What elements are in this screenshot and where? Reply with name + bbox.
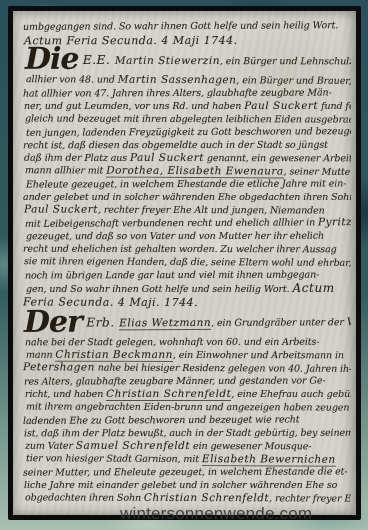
manuscript-line: ist, daß ihm der Platz bewußt, auch in d… xyxy=(23,427,351,441)
text-segment: ist, daß ihm der Platz bewußt, auch in d… xyxy=(24,428,351,440)
text-segment: mann allhier mit xyxy=(25,165,106,176)
manuscript-line: res Alters, glaubhafte zeugbare Männer, … xyxy=(23,374,351,388)
text-segment: res Alters, glaubhafte zeugbare Männer, … xyxy=(24,376,326,388)
text-segment: , ein Grundgräber unter der xyxy=(211,317,347,329)
text-segment: sie mit ihren eigenen Handen, daß die, s… xyxy=(24,256,351,269)
text-segment: Eheleute gezeuget, in welchem Ehestande … xyxy=(26,178,346,190)
manuscript-line: hat allhier von 47. Jahren ihres Alters,… xyxy=(23,86,351,100)
text-segment: , rechter freyer Ehe Alt und jungen, Nie… xyxy=(98,205,325,217)
manuscript-line: zum Vater Samuel Schrenfeldt ein gewesen… xyxy=(23,440,351,454)
text-segment: liche Jahre mit einander gelebet und in … xyxy=(24,480,337,491)
scanned-document: umbgegangen sind. So wahr ihnen Gott hel… xyxy=(0,0,368,530)
manuscript-line: seiner Mutter, und Eheleute gezeuget, in… xyxy=(23,465,351,479)
person-name: Elias Wetzmann xyxy=(119,317,211,330)
manuscript-line: mit Leibeigenschaft verbundenen recht un… xyxy=(23,216,351,231)
text-segment: Erb. xyxy=(82,315,119,329)
manuscript-line: ner, und gut Leumden, vor uns Rd. und ha… xyxy=(23,100,351,113)
text-segment: ander gelebet und in solcher währenden E… xyxy=(23,192,351,203)
text-segment: ladenden Ehe zu Gott beschworen und beze… xyxy=(23,414,300,426)
text-segment: , rechter freyer Ehel. xyxy=(269,493,351,504)
manuscript-page: umbgegangen sind. So wahr ihnen Gott hel… xyxy=(13,11,351,514)
text-segment: gen, und So wahr ihnen Gott helfe und se… xyxy=(26,284,292,295)
text-segment: gezeuget, und daß so von Vater und von M… xyxy=(26,231,324,243)
text-segment: , eine Ehefrau auch gebühret xyxy=(231,389,351,400)
manuscript-line: ander gelebet und in solcher währenden E… xyxy=(23,191,351,204)
manuscript-line: ten jungen, ladenden Freyzügigkeit zu Go… xyxy=(23,125,351,140)
text-segment: ner, und gut Leumden, vor uns Rd. und ha… xyxy=(24,101,244,112)
text-segment: recht und ehelichen ist gehalten worden.… xyxy=(23,244,337,256)
text-segment: richt, und haben xyxy=(25,389,106,400)
text-segment: ten jungen, ladenden Freyzügigkeit zu Go… xyxy=(26,126,351,139)
person-name: Dorothea, Elisabeth Ewenaura xyxy=(106,165,284,179)
text-segment: seiner Mutter, und Eheleute gezeuget, in… xyxy=(23,466,348,478)
text-segment: , ein Bürger und Lehnschulz, der xyxy=(220,56,351,67)
text-segment: Actum xyxy=(292,282,334,295)
text-segment: nahe bei der Stadt gelegen, wohnhaft von… xyxy=(25,337,319,349)
manuscript-line: recht ist, daß diesen das obgemeldte auc… xyxy=(23,139,351,153)
manuscript-line: daß ihm der Platz aus Paul Suckert genan… xyxy=(23,152,351,166)
text-segment: noch im übrigen Lande gar laut und viel … xyxy=(25,270,319,282)
person-name: Christian Beckmann xyxy=(55,349,172,362)
manuscript-line: nahe bei der Stadt gelegen, wohnhaft von… xyxy=(23,336,351,350)
text-segment: mit Leibeigenschaft verbundenen recht un… xyxy=(25,217,318,230)
text-segment: obgedachten ihren Sohn xyxy=(25,492,144,503)
text-segment: recht ist, daß diesen das obgemeldte auc… xyxy=(23,140,328,152)
text-segment: E.E. xyxy=(78,53,114,67)
text-segment: nahe bei hiesiger Residenz gelegen von 4… xyxy=(95,363,351,375)
text-segment: gleich und bezeuget mit ihren abgelegten… xyxy=(25,113,351,125)
text-segment: daß ihm der Platz aus xyxy=(24,153,130,164)
intro-line: umbgegangen sind. So wahr ihnen Gott hel… xyxy=(23,19,351,34)
person-name: Samuel Schrenfeldt xyxy=(76,440,190,452)
entry-heading: Der Erb. Elias Wetzmann, ein Grundgräber… xyxy=(23,309,351,337)
manuscript-line: gen, und So wahr ihnen Gott helfe und se… xyxy=(23,282,351,295)
person-name: Martin Sassenhagen xyxy=(118,74,237,87)
person-name: Paul Suckert xyxy=(130,152,204,164)
person-name: Martin Stiewerzin xyxy=(115,55,220,67)
drop-cap-initial: Der xyxy=(24,305,82,340)
watermark-text: wintersonnenwende.com xyxy=(120,504,312,524)
text-segment: ein gewesener Mousque- xyxy=(190,441,311,452)
person-name: Vigilance xyxy=(347,316,351,328)
person-name: Christian Schrenfeldt xyxy=(106,388,231,401)
text-segment: , ein Bürger und Brauer, xyxy=(236,75,351,87)
text-segment: fund fest xyxy=(318,101,351,112)
text-segment: tier von hiesiger Stadt Garnison, mit xyxy=(26,453,202,465)
text-segment: hat allhier von 47. Jahren ihres Alters,… xyxy=(23,87,332,99)
manuscript-line: ladenden Ehe zu Gott beschworen und beze… xyxy=(23,413,351,428)
person-name: Christian Schrenfeldt xyxy=(144,492,269,504)
text-segment: genannt, ein gewesener Arbeits- xyxy=(204,153,351,164)
manuscript-line: noch im übrigen Lande gar laut und viel … xyxy=(23,268,351,282)
text-segment: zum Vater xyxy=(25,441,76,452)
drop-cap-initial: Die xyxy=(25,42,79,77)
entry-heading: Die E.E. Martin Stiewerzin, ein Bürger u… xyxy=(23,48,351,75)
person-name: Paul Suckert xyxy=(244,100,318,112)
manuscript-line: liche Jahre mit einander gelebet und in … xyxy=(23,479,351,492)
person-name: Pyritzig xyxy=(318,216,351,228)
text-segment: , seiner Mutter, und xyxy=(284,167,351,178)
manuscript-line: gezeuget, und daß so von Vater und von M… xyxy=(23,230,351,244)
manuscript-line: mann Christian Beckmann, ein Einwohner u… xyxy=(23,349,351,363)
text-segment: umbgegangen sind. So wahr ihnen Gott hel… xyxy=(23,20,338,33)
text-segment: , ein Einwohner und Arbeitsmann in xyxy=(173,350,344,361)
text-segment: mann xyxy=(26,350,55,361)
person-name: Paul Suckert xyxy=(24,203,98,215)
manuscript-line: recht und ehelichen ist gehalten worden.… xyxy=(23,243,351,257)
text-segment: allhier von 48. und xyxy=(26,74,118,85)
person-name: Petershagen xyxy=(23,361,95,373)
manuscript-line: richt, und haben Christian Schrenfeldt, … xyxy=(23,388,351,401)
manuscript-line: Eheleute gezeuget, in welchem Ehestande … xyxy=(23,177,351,191)
text-segment: mit ihrem angebrachten Eiden-brunn und a… xyxy=(26,401,349,413)
